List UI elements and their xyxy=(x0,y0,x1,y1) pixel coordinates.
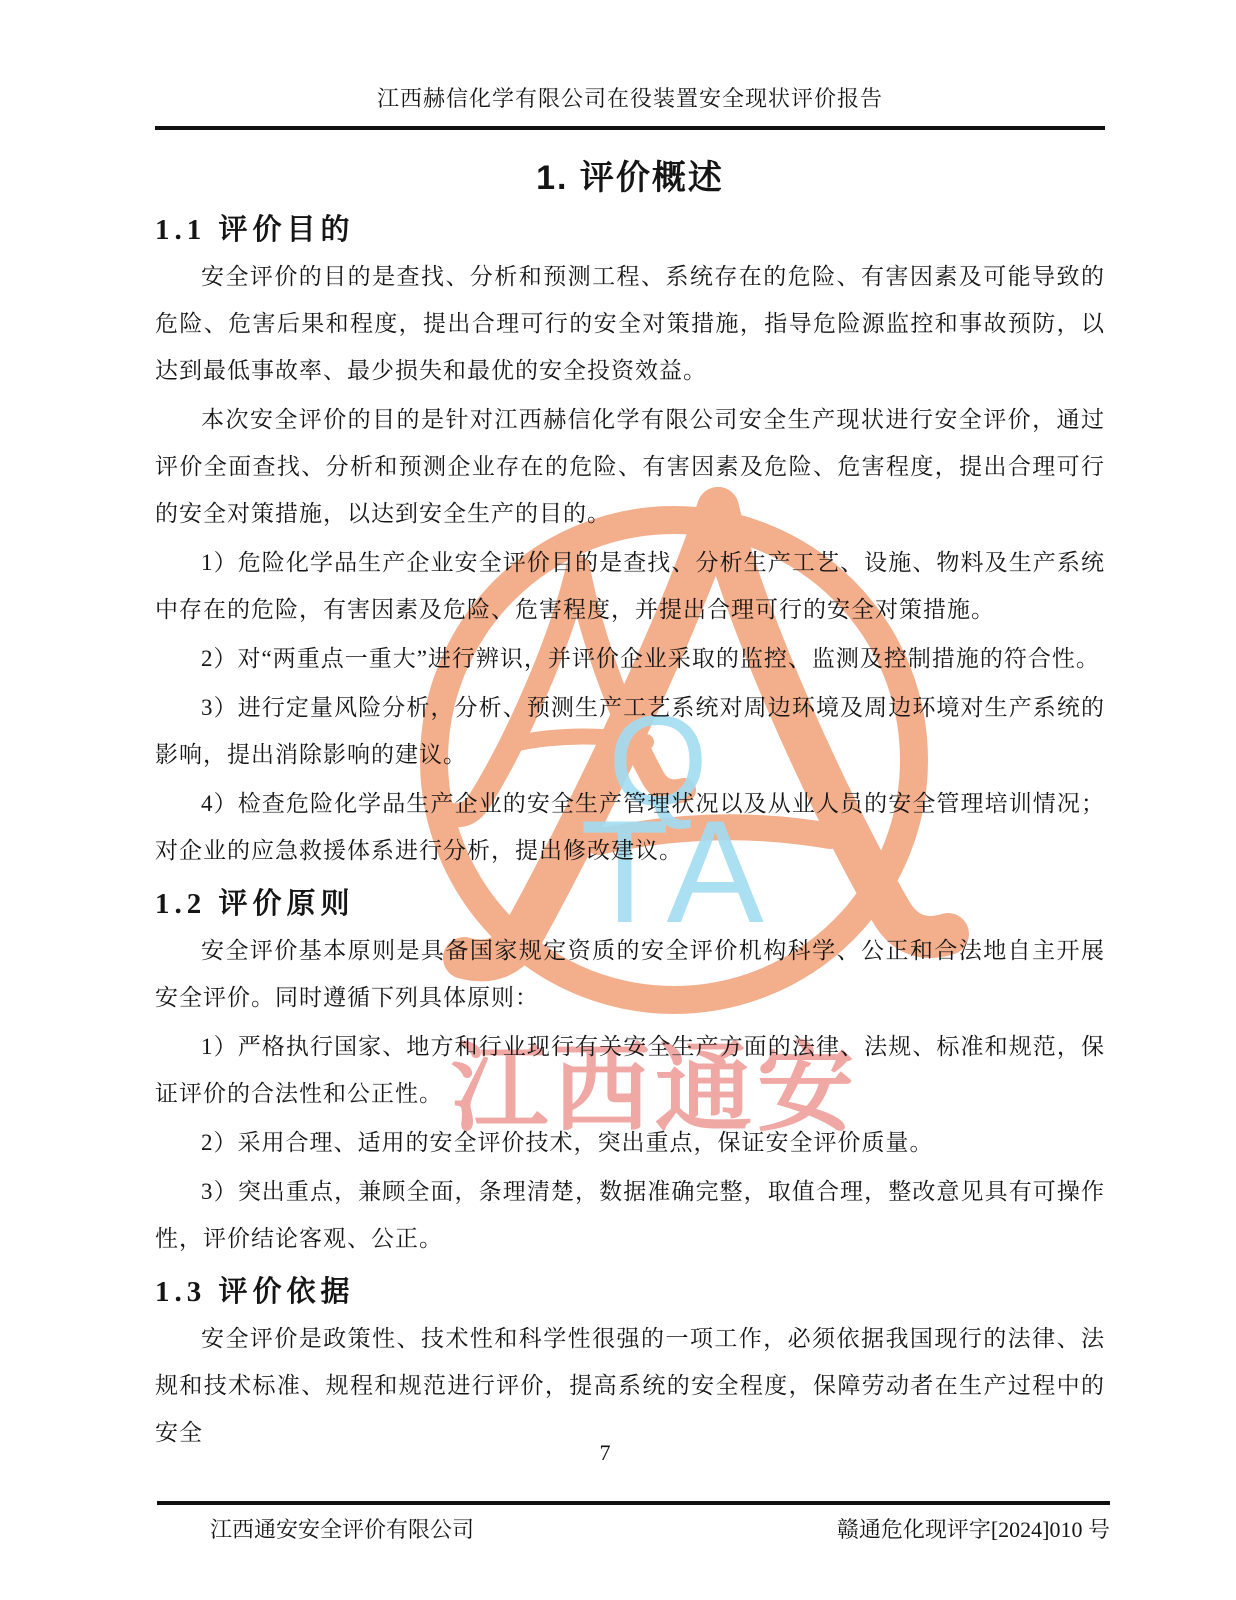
paragraph: 安全评价是政策性、技术性和科学性很强的一项工作，必须依据我国现行的法律、法规和技… xyxy=(155,1315,1105,1456)
page-content: 江西赫信化学有限公司在役装置安全现状评价报告 1. 评价概述 1.1 评价目的 … xyxy=(0,0,1236,1600)
footer-doc-number: 赣通危化现评字[2024]010 号 xyxy=(837,1516,1110,1544)
chapter-title: 1. 评价概述 xyxy=(155,156,1105,200)
header-rule xyxy=(155,126,1105,130)
paragraph: 本次安全评价的目的是针对江西赫信化学有限公司安全生产现状进行安全评价，通过评价全… xyxy=(155,396,1105,537)
list-item: 3）进行定量风险分析，分析、预测生产工艺系统对周边环境及周边环境对生产系统的影响… xyxy=(155,684,1105,778)
section-heading-1-3: 1.3 评价依据 xyxy=(155,1271,1105,1313)
section-heading-1-2: 1.2 评价原则 xyxy=(155,883,1105,925)
footer-company: 江西通安安全评价有限公司 xyxy=(155,1516,474,1544)
paragraph: 安全评价的目的是查找、分析和预测工程、系统存在的危险、有害因素及可能导致的危险、… xyxy=(155,253,1105,394)
list-item: 4）检查危险化学品生产企业的安全生产管理状况以及从业人员的安全管理培训情况；对企… xyxy=(155,780,1105,874)
page-number: 7 xyxy=(0,1440,1210,1466)
list-item: 2）对“两重点一重大”进行辨识，并评价企业采取的监控、监测及控制措施的符合性。 xyxy=(155,635,1105,682)
running-header: 江西赫信化学有限公司在役装置安全现状评价报告 xyxy=(155,86,1105,112)
report-page: Q TA 江西通安 江西赫信化学有限公司在役装置安全现状评价报告 1. 评价概述… xyxy=(0,0,1236,1600)
list-item: 3）突出重点，兼顾全面，条理清楚，数据准确完整，取值合理，整改意见具有可操作性，… xyxy=(155,1168,1105,1262)
page-footer: 江西通安安全评价有限公司 赣通危化现评字[2024]010 号 xyxy=(155,1516,1110,1544)
list-item: 1）危险化学品生产企业安全评价目的是查找、分析生产工艺、设施、物料及生产系统中存… xyxy=(155,539,1105,633)
footer-rule xyxy=(157,1501,1110,1505)
section-heading-1-1: 1.1 评价目的 xyxy=(155,209,1105,251)
list-item: 2）采用合理、适用的安全评价技术，突出重点，保证安全评价质量。 xyxy=(155,1119,1105,1166)
paragraph: 安全评价基本原则是具备国家规定资质的安全评价机构科学、公正和合法地自主开展安全评… xyxy=(155,927,1105,1021)
list-item: 1）严格执行国家、地方和行业现行有关安全生产方面的法律、法规、标准和规范，保证评… xyxy=(155,1023,1105,1117)
